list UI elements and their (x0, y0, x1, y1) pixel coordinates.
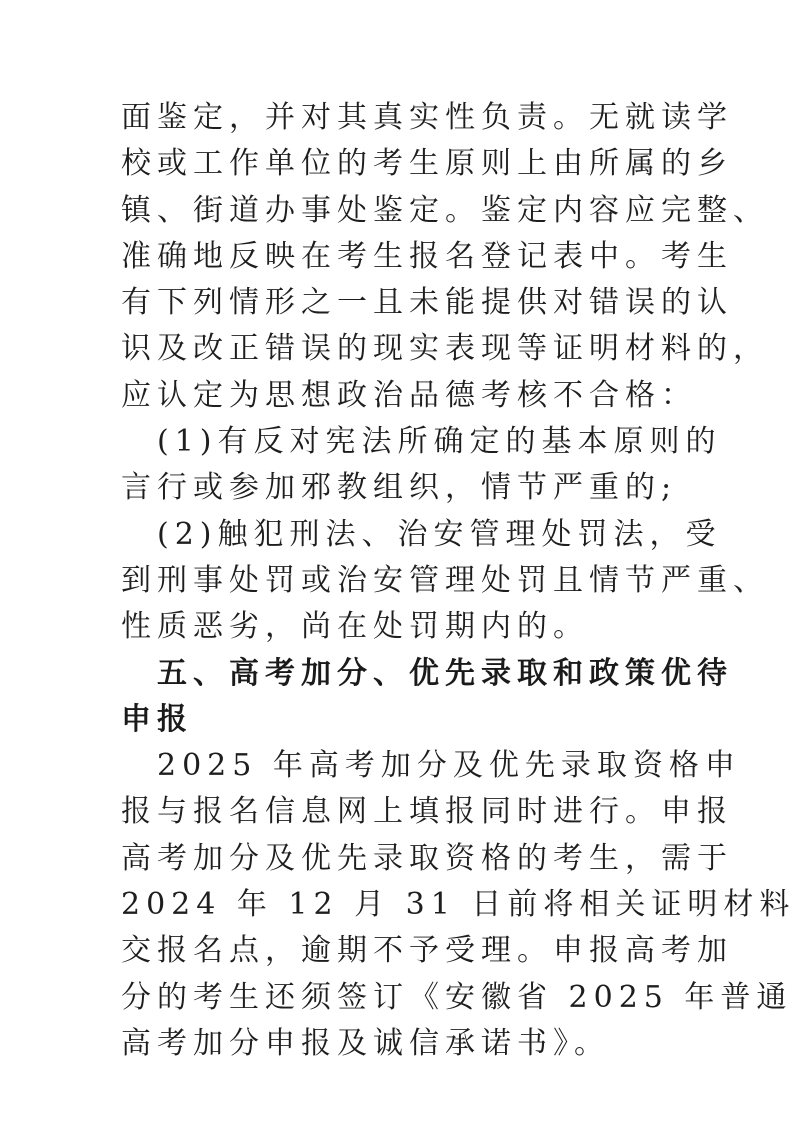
text-line: 性质恶劣，尚在处罚期内的。 (121, 604, 681, 650)
text-line: 镇、街道办事处鉴定。鉴定内容应完整、 (121, 188, 681, 234)
list-item-1: (1)有反对宪法所确定的基本原则的 言行或参加邪教组织，情节严重的; (121, 419, 681, 512)
text-line: 准确地反映在考生报名登记表中。考生 (121, 234, 681, 280)
document-page: 面鉴定，并对其真实性负责。无就读学 校或工作单位的考生原则上由所属的乡 镇、街道… (0, 0, 793, 1122)
document-body: 面鉴定，并对其真实性负责。无就读学 校或工作单位的考生原则上由所属的乡 镇、街道… (121, 95, 681, 1067)
list-item-2: (2)触犯刑法、治安管理处罚法，受 到刑事处罚或治安管理处罚且情节严重、 性质恶… (121, 512, 681, 651)
text-line: 报与报名信息网上填报同时进行。申报 (121, 789, 681, 835)
text-line: (2)触犯刑法、治安管理处罚法，受 (121, 512, 681, 558)
text-line: 面鉴定，并对其真实性负责。无就读学 (121, 95, 681, 141)
text-line: 2025 年高考加分及优先录取资格申 (121, 743, 681, 789)
text-line: 分的考生还须签订《安徽省 2025 年普通 (121, 975, 681, 1021)
text-line: 到刑事处罚或治安管理处罚且情节严重、 (121, 558, 681, 604)
heading-line: 五、高考加分、优先录取和政策优待 (121, 651, 681, 697)
text-line: 2024 年 12 月 31 日前将相关证明材料递 (121, 882, 681, 928)
heading-line: 申报 (121, 697, 681, 743)
text-line: 交报名点，逾期不予受理。申报高考加 (121, 928, 681, 974)
text-line: (1)有反对宪法所确定的基本原则的 (121, 419, 681, 465)
text-line: 识及改正错误的现实表现等证明材料的， (121, 326, 681, 372)
text-line: 高考加分及优先录取资格的考生，需于 (121, 836, 681, 882)
text-line: 校或工作单位的考生原则上由所属的乡 (121, 141, 681, 187)
text-line: 高考加分申报及诚信承诺书》。 (121, 1021, 681, 1067)
text-line: 言行或参加邪教组织，情节严重的; (121, 465, 681, 511)
paragraph-moral-assessment: 面鉴定，并对其真实性负责。无就读学 校或工作单位的考生原则上由所属的乡 镇、街道… (121, 95, 681, 419)
section-heading: 五、高考加分、优先录取和政策优待 申报 (121, 651, 681, 744)
text-line: 应认定为思想政治品德考核不合格： (121, 373, 681, 419)
text-line: 有下列情形之一且未能提供对错误的认 (121, 280, 681, 326)
paragraph-bonus-application: 2025 年高考加分及优先录取资格申 报与报名信息网上填报同时进行。申报 高考加… (121, 743, 681, 1067)
